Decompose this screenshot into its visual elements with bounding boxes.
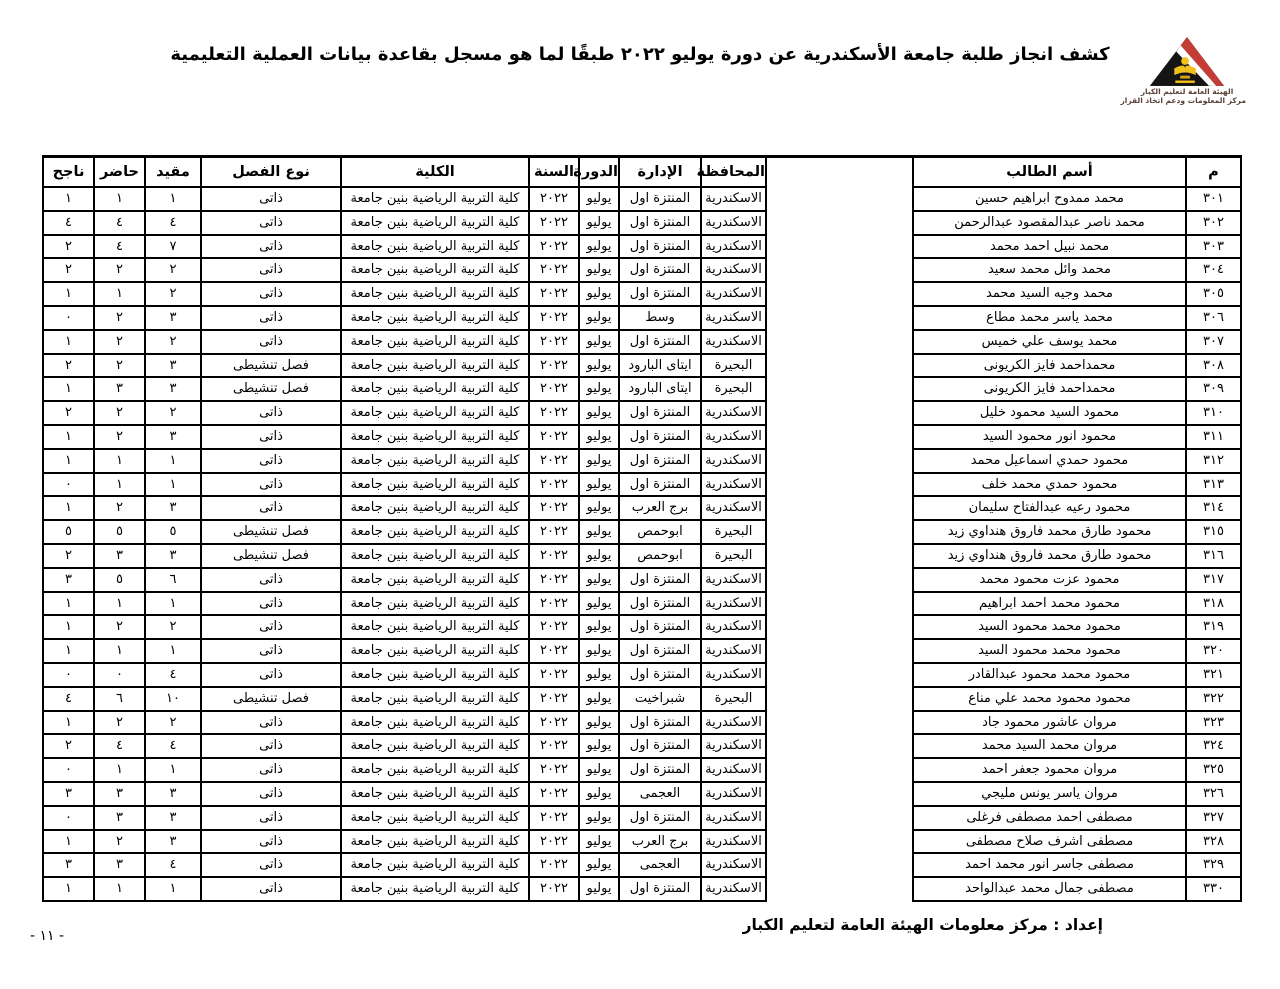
cell-college: كلية التربية الرياضية بنين جامعة	[341, 306, 529, 330]
cell-session: يوليو	[579, 258, 619, 282]
cell-college: كلية التربية الرياضية بنين جامعة	[341, 568, 529, 592]
cell-student-name: مصطفى جاسر انور محمد احمد	[913, 853, 1186, 877]
logo-caption-line1: الهيئة العامة لتعليم الكبار	[1128, 87, 1246, 96]
cell-year: ٢٠٢٢	[529, 520, 579, 544]
cell-administration: برج العرب	[619, 830, 701, 854]
cell-enrolled: ١	[145, 758, 201, 782]
header-spacer	[766, 157, 913, 188]
cell-college: كلية التربية الرياضية بنين جامعة	[341, 639, 529, 663]
cell-administration: المنتزة اول	[619, 734, 701, 758]
cell-enrolled: ٦	[145, 568, 201, 592]
cell-present: ١	[94, 639, 145, 663]
cell-student-name: محمد يوسف علي خميس	[913, 330, 1186, 354]
cell-session: يوليو	[579, 877, 619, 901]
cell-present: ٣	[94, 806, 145, 830]
cell-class-type: ذاتى	[201, 401, 341, 425]
table-row: ٣٢٨مصطفى اشرف صلاح مصطفىالاسكندريةبرج ال…	[43, 830, 1241, 854]
cell-serial: ٣٠٨	[1186, 354, 1241, 378]
cell-passed: ٠	[43, 306, 94, 330]
cell-present: ١	[94, 187, 145, 211]
cell-year: ٢٠٢٢	[529, 687, 579, 711]
cell-administration: المنتزة اول	[619, 877, 701, 901]
cell-year: ٢٠٢٢	[529, 782, 579, 806]
cell-passed: ٠	[43, 473, 94, 497]
spacer-cell	[766, 520, 913, 544]
cell-administration: المنتزة اول	[619, 473, 701, 497]
cell-present: ٣	[94, 544, 145, 568]
cell-class-type: ذاتى	[201, 734, 341, 758]
cell-student-name: محمود طارق محمد فاروق هنداوي زيد	[913, 544, 1186, 568]
cell-present: ٥	[94, 520, 145, 544]
cell-serial: ٣٠٥	[1186, 282, 1241, 306]
spacer-cell	[766, 592, 913, 616]
cell-student-name: محمد وائل محمد سعيد	[913, 258, 1186, 282]
cell-passed: ١	[43, 496, 94, 520]
cell-enrolled: ٤	[145, 734, 201, 758]
cell-session: يوليو	[579, 711, 619, 735]
students-achievement-table: م أسم الطالب المحافظة الإدارة الدورة الس…	[42, 155, 1242, 902]
table-row: ٣١٩محمود محمد محمود السيدالاسكندريةالمنت…	[43, 615, 1241, 639]
cell-college: كلية التربية الرياضية بنين جامعة	[341, 282, 529, 306]
cell-year: ٢٠٢٢	[529, 592, 579, 616]
cell-serial: ٣٢٦	[1186, 782, 1241, 806]
cell-governorate: الاسكندرية	[701, 187, 766, 211]
table-row: ٣٢٠محمود محمد محمود السيدالاسكندريةالمنت…	[43, 639, 1241, 663]
spacer-cell	[766, 449, 913, 473]
cell-present: ٥	[94, 568, 145, 592]
cell-class-type: ذاتى	[201, 425, 341, 449]
cell-administration: المنتزة اول	[619, 401, 701, 425]
cell-passed: ٢	[43, 235, 94, 259]
cell-class-type: ذاتى	[201, 615, 341, 639]
cell-session: يوليو	[579, 806, 619, 830]
cell-administration: المنتزة اول	[619, 330, 701, 354]
spacer-cell	[766, 782, 913, 806]
table-row: ٣٢٢محمود محمود محمد علي مناعالبحيرةشبراخ…	[43, 687, 1241, 711]
spacer-cell	[766, 282, 913, 306]
cell-governorate: الاسكندرية	[701, 711, 766, 735]
spacer-cell	[766, 806, 913, 830]
cell-serial: ٣١٨	[1186, 592, 1241, 616]
cell-college: كلية التربية الرياضية بنين جامعة	[341, 687, 529, 711]
cell-governorate: البحيرة	[701, 377, 766, 401]
cell-class-type: ذاتى	[201, 782, 341, 806]
cell-college: كلية التربية الرياضية بنين جامعة	[341, 734, 529, 758]
cell-session: يوليو	[579, 425, 619, 449]
footer-prepared-by: إعداد : مركز معلومات الهيئة العامة لتعلي…	[743, 916, 1103, 934]
cell-present: ٦	[94, 687, 145, 711]
table-row: ٣١٦محمود طارق محمد فاروق هنداوي زيدالبحي…	[43, 544, 1241, 568]
cell-governorate: الاسكندرية	[701, 449, 766, 473]
table-row: ٣٣٠مصطفى جمال محمد عبدالواحدالاسكندريةال…	[43, 877, 1241, 901]
cell-governorate: الاسكندرية	[701, 639, 766, 663]
cell-student-name: مروان ياسر يونس مليجي	[913, 782, 1186, 806]
cell-session: يوليو	[579, 377, 619, 401]
cell-administration: المنتزة اول	[619, 758, 701, 782]
cell-enrolled: ٢	[145, 615, 201, 639]
cell-serial: ٣١٩	[1186, 615, 1241, 639]
cell-enrolled: ١	[145, 877, 201, 901]
spacer-cell	[766, 853, 913, 877]
spacer-cell	[766, 639, 913, 663]
cell-governorate: الاسكندرية	[701, 568, 766, 592]
cell-college: كلية التربية الرياضية بنين جامعة	[341, 449, 529, 473]
cell-governorate: الاسكندرية	[701, 496, 766, 520]
cell-enrolled: ٣	[145, 782, 201, 806]
header-present: حاضر	[94, 157, 145, 188]
cell-governorate: البحيرة	[701, 354, 766, 378]
cell-college: كلية التربية الرياضية بنين جامعة	[341, 663, 529, 687]
spacer-cell	[766, 758, 913, 782]
cell-present: ٢	[94, 401, 145, 425]
authority-logo-icon	[1148, 36, 1226, 87]
table-row: ٣٠٩محمداحمد فايز الكريونىالبحيرةايتاى ال…	[43, 377, 1241, 401]
table-row: ٣٠٧محمد يوسف علي خميسالاسكندريةالمنتزة ا…	[43, 330, 1241, 354]
cell-year: ٢٠٢٢	[529, 330, 579, 354]
cell-class-type: ذاتى	[201, 282, 341, 306]
cell-college: كلية التربية الرياضية بنين جامعة	[341, 330, 529, 354]
cell-serial: ٣٠٦	[1186, 306, 1241, 330]
document-page: { "page": { "title": "كشف انجاز طلبة جام…	[0, 0, 1280, 989]
cell-student-name: محمد ممدوح ابراهيم حسين	[913, 187, 1186, 211]
cell-serial: ٣١٠	[1186, 401, 1241, 425]
cell-administration: العجمى	[619, 853, 701, 877]
spacer-cell	[766, 615, 913, 639]
table-row: ٣٢٩مصطفى جاسر انور محمد احمدالاسكندريةال…	[43, 853, 1241, 877]
spacer-cell	[766, 306, 913, 330]
cell-governorate: الاسكندرية	[701, 853, 766, 877]
cell-college: كلية التربية الرياضية بنين جامعة	[341, 235, 529, 259]
cell-college: كلية التربية الرياضية بنين جامعة	[341, 877, 529, 901]
cell-governorate: الاسكندرية	[701, 734, 766, 758]
cell-serial: ٣٠٩	[1186, 377, 1241, 401]
cell-passed: ٤	[43, 211, 94, 235]
cell-present: ١	[94, 877, 145, 901]
cell-serial: ٣٠٣	[1186, 235, 1241, 259]
cell-session: يوليو	[579, 758, 619, 782]
cell-class-type: فصل تنشيطى	[201, 544, 341, 568]
cell-college: كلية التربية الرياضية بنين جامعة	[341, 354, 529, 378]
cell-class-type: ذاتى	[201, 449, 341, 473]
cell-governorate: الاسكندرية	[701, 425, 766, 449]
spacer-cell	[766, 734, 913, 758]
cell-class-type: ذاتى	[201, 258, 341, 282]
cell-enrolled: ٤	[145, 211, 201, 235]
cell-enrolled: ٤	[145, 853, 201, 877]
cell-class-type: ذاتى	[201, 592, 341, 616]
cell-serial: ٣٢٨	[1186, 830, 1241, 854]
cell-year: ٢٠٢٢	[529, 877, 579, 901]
cell-class-type: ذاتى	[201, 853, 341, 877]
cell-serial: ٣١١	[1186, 425, 1241, 449]
cell-class-type: فصل تنشيطى	[201, 687, 341, 711]
cell-year: ٢٠٢٢	[529, 401, 579, 425]
cell-student-name: محمود محمد محمود عبدالقادر	[913, 663, 1186, 687]
cell-passed: ١	[43, 425, 94, 449]
cell-present: ٢	[94, 306, 145, 330]
cell-serial: ٣٠٢	[1186, 211, 1241, 235]
cell-administration: المنتزة اول	[619, 187, 701, 211]
cell-class-type: فصل تنشيطى	[201, 354, 341, 378]
table-row: ٣١٣محمود حمدي محمد خلفالاسكندريةالمنتزة …	[43, 473, 1241, 497]
cell-college: كلية التربية الرياضية بنين جامعة	[341, 544, 529, 568]
cell-serial: ٣٣٠	[1186, 877, 1241, 901]
cell-administration: المنتزة اول	[619, 568, 701, 592]
table-row: ٣٢٥مروان محمود جعفر احمدالاسكندريةالمنتز…	[43, 758, 1241, 782]
cell-college: كلية التربية الرياضية بنين جامعة	[341, 592, 529, 616]
cell-administration: المنتزة اول	[619, 282, 701, 306]
cell-administration: المنتزة اول	[619, 258, 701, 282]
table-body: ٣٠١محمد ممدوح ابراهيم حسينالاسكندريةالمن…	[43, 187, 1241, 901]
cell-session: يوليو	[579, 235, 619, 259]
cell-administration: ايتاى البارود	[619, 354, 701, 378]
cell-serial: ٣٠٧	[1186, 330, 1241, 354]
cell-year: ٢٠٢٢	[529, 496, 579, 520]
cell-passed: ٣	[43, 782, 94, 806]
table-row: ٣٢٣مروان عاشور محمود جادالاسكندريةالمنتز…	[43, 711, 1241, 735]
spacer-cell	[766, 473, 913, 497]
cell-passed: ٢	[43, 544, 94, 568]
cell-year: ٢٠٢٢	[529, 258, 579, 282]
logo-caption-line2: مركز المعلومات ودعم اتخاذ القرار	[1128, 96, 1246, 105]
cell-session: يوليو	[579, 354, 619, 378]
cell-administration: المنتزة اول	[619, 806, 701, 830]
cell-year: ٢٠٢٢	[529, 377, 579, 401]
cell-serial: ٣١٣	[1186, 473, 1241, 497]
cell-governorate: الاسكندرية	[701, 211, 766, 235]
cell-enrolled: ١	[145, 187, 201, 211]
cell-governorate: الاسكندرية	[701, 473, 766, 497]
cell-present: ١	[94, 473, 145, 497]
cell-present: ٤	[94, 734, 145, 758]
cell-student-name: مصطفى اشرف صلاح مصطفى	[913, 830, 1186, 854]
cell-present: ٢	[94, 354, 145, 378]
cell-passed: ١	[43, 639, 94, 663]
header-session: الدورة	[579, 157, 619, 188]
cell-passed: ١	[43, 615, 94, 639]
cell-present: ٤	[94, 211, 145, 235]
table-row: ٣٢٦مروان ياسر يونس مليجيالاسكندريةالعجمى…	[43, 782, 1241, 806]
cell-passed: ١	[43, 592, 94, 616]
cell-administration: المنتزة اول	[619, 615, 701, 639]
cell-governorate: الاسكندرية	[701, 592, 766, 616]
table-row: ٣١٧محمود عزت محمود محمدالاسكندريةالمنتزة…	[43, 568, 1241, 592]
cell-passed: ٥	[43, 520, 94, 544]
cell-year: ٢٠٢٢	[529, 806, 579, 830]
cell-student-name: محمد ياسر محمد مطاع	[913, 306, 1186, 330]
cell-college: كلية التربية الرياضية بنين جامعة	[341, 377, 529, 401]
cell-class-type: ذاتى	[201, 568, 341, 592]
cell-present: ٣	[94, 853, 145, 877]
cell-enrolled: ٣	[145, 306, 201, 330]
cell-enrolled: ٥	[145, 520, 201, 544]
cell-enrolled: ٣	[145, 830, 201, 854]
spacer-cell	[766, 187, 913, 211]
table-row: ٣١٥محمود طارق محمد فاروق هنداوي زيدالبحي…	[43, 520, 1241, 544]
cell-year: ٢٠٢٢	[529, 568, 579, 592]
cell-serial: ٣٠٤	[1186, 258, 1241, 282]
cell-present: ٣	[94, 377, 145, 401]
cell-present: ٢	[94, 258, 145, 282]
cell-student-name: محمود محمود محمد علي مناع	[913, 687, 1186, 711]
cell-year: ٢٠٢٢	[529, 830, 579, 854]
spacer-cell	[766, 330, 913, 354]
header-passed: ناجح	[43, 157, 94, 188]
cell-year: ٢٠٢٢	[529, 449, 579, 473]
cell-session: يوليو	[579, 782, 619, 806]
table-row: ٣١٤محمود رعيه عبدالفتاح سليمانالاسكندرية…	[43, 496, 1241, 520]
cell-passed: ٤	[43, 687, 94, 711]
cell-year: ٢٠٢٢	[529, 306, 579, 330]
cell-passed: ٠	[43, 806, 94, 830]
cell-passed: ٣	[43, 568, 94, 592]
table-row: ٣٠٢محمد ناصر عبدالمقصود عبدالرحمنالاسكند…	[43, 211, 1241, 235]
cell-session: يوليو	[579, 615, 619, 639]
cell-serial: ٣٢٣	[1186, 711, 1241, 735]
cell-present: ٤	[94, 235, 145, 259]
cell-enrolled: ٣	[145, 496, 201, 520]
cell-serial: ٣١٦	[1186, 544, 1241, 568]
cell-enrolled: ٤	[145, 663, 201, 687]
cell-enrolled: ٢	[145, 258, 201, 282]
table-header-row: م أسم الطالب المحافظة الإدارة الدورة الس…	[43, 157, 1241, 188]
cell-class-type: فصل تنشيطى	[201, 377, 341, 401]
spacer-cell	[766, 663, 913, 687]
cell-administration: ابوحمص	[619, 544, 701, 568]
cell-governorate: الاسكندرية	[701, 235, 766, 259]
cell-college: كلية التربية الرياضية بنين جامعة	[341, 401, 529, 425]
cell-passed: ١	[43, 830, 94, 854]
cell-present: ١	[94, 282, 145, 306]
cell-governorate: الاسكندرية	[701, 330, 766, 354]
cell-student-name: محمود انور محمود السيد	[913, 425, 1186, 449]
cell-administration: المنتزة اول	[619, 639, 701, 663]
cell-year: ٢٠٢٢	[529, 711, 579, 735]
header-year: السنة	[529, 157, 579, 188]
cell-session: يوليو	[579, 401, 619, 425]
cell-administration: شبراخيت	[619, 687, 701, 711]
cell-session: يوليو	[579, 496, 619, 520]
cell-session: يوليو	[579, 211, 619, 235]
cell-student-name: محمداحمد فايز الكريونى	[913, 377, 1186, 401]
cell-serial: ٣١٤	[1186, 496, 1241, 520]
cell-student-name: محمود السيد محمود خليل	[913, 401, 1186, 425]
cell-class-type: ذاتى	[201, 211, 341, 235]
cell-present: ٢	[94, 711, 145, 735]
table-row: ٣٠٥محمد وجيه السيد محمدالاسكندريةالمنتزة…	[43, 282, 1241, 306]
cell-passed: ١	[43, 187, 94, 211]
cell-governorate: الاسكندرية	[701, 401, 766, 425]
cell-serial: ٣٢١	[1186, 663, 1241, 687]
table-row: ٣٠٤محمد وائل محمد سعيدالاسكندريةالمنتزة …	[43, 258, 1241, 282]
cell-session: يوليو	[579, 187, 619, 211]
spacer-cell	[766, 830, 913, 854]
cell-present: ١	[94, 758, 145, 782]
cell-governorate: الاسكندرية	[701, 282, 766, 306]
spacer-cell	[766, 425, 913, 449]
cell-enrolled: ٣	[145, 544, 201, 568]
spacer-cell	[766, 401, 913, 425]
cell-student-name: محمود حمدي محمد خلف	[913, 473, 1186, 497]
cell-year: ٢٠٢٢	[529, 639, 579, 663]
cell-enrolled: ١	[145, 473, 201, 497]
cell-serial: ٣٢٢	[1186, 687, 1241, 711]
cell-administration: المنتزة اول	[619, 425, 701, 449]
cell-governorate: الاسكندرية	[701, 830, 766, 854]
table-row: ٣٠١محمد ممدوح ابراهيم حسينالاسكندريةالمن…	[43, 187, 1241, 211]
cell-serial: ٣٢٧	[1186, 806, 1241, 830]
cell-student-name: محمود حمدي اسماعيل محمد	[913, 449, 1186, 473]
page-number: - ١١ -	[30, 928, 64, 944]
cell-administration: العجمى	[619, 782, 701, 806]
table-row: ٣١٢محمود حمدي اسماعيل محمدالاسكندريةالمن…	[43, 449, 1241, 473]
cell-session: يوليو	[579, 330, 619, 354]
cell-year: ٢٠٢٢	[529, 544, 579, 568]
cell-year: ٢٠٢٢	[529, 282, 579, 306]
cell-year: ٢٠٢٢	[529, 473, 579, 497]
spacer-cell	[766, 377, 913, 401]
cell-session: يوليو	[579, 449, 619, 473]
cell-college: كلية التربية الرياضية بنين جامعة	[341, 711, 529, 735]
cell-present: ٢	[94, 615, 145, 639]
spacer-cell	[766, 877, 913, 901]
cell-serial: ٣١٢	[1186, 449, 1241, 473]
cell-session: يوليو	[579, 687, 619, 711]
cell-student-name: محمود طارق محمد فاروق هنداوي زيد	[913, 520, 1186, 544]
cell-class-type: فصل تنشيطى	[201, 520, 341, 544]
spacer-cell	[766, 235, 913, 259]
cell-serial: ٣٢٤	[1186, 734, 1241, 758]
table-row: ٣٠٨محمداحمد فايز الكريونىالبحيرةايتاى ال…	[43, 354, 1241, 378]
cell-enrolled: ١	[145, 639, 201, 663]
cell-student-name: محمد نبيل احمد محمد	[913, 235, 1186, 259]
spacer-cell	[766, 568, 913, 592]
cell-governorate: الاسكندرية	[701, 782, 766, 806]
cell-class-type: ذاتى	[201, 830, 341, 854]
cell-governorate: الاسكندرية	[701, 806, 766, 830]
cell-session: يوليو	[579, 853, 619, 877]
cell-enrolled: ١٠	[145, 687, 201, 711]
cell-college: كلية التربية الرياضية بنين جامعة	[341, 187, 529, 211]
header-student-name: أسم الطالب	[913, 157, 1186, 188]
cell-college: كلية التربية الرياضية بنين جامعة	[341, 782, 529, 806]
cell-student-name: مروان محمد السيد محمد	[913, 734, 1186, 758]
cell-present: ٢	[94, 425, 145, 449]
cell-college: كلية التربية الرياضية بنين جامعة	[341, 258, 529, 282]
cell-student-name: محمود محمد محمود السيد	[913, 639, 1186, 663]
cell-serial: ٣٢٩	[1186, 853, 1241, 877]
cell-serial: ٣١٧	[1186, 568, 1241, 592]
authority-logo: الهيئة العامة لتعليم الكبار مركز المعلوم…	[1128, 36, 1246, 106]
page-title: كشف انجاز طلبة جامعة الأسكندرية عن دورة …	[155, 44, 1125, 65]
cell-enrolled: ١	[145, 449, 201, 473]
cell-college: كلية التربية الرياضية بنين جامعة	[341, 425, 529, 449]
cell-class-type: ذاتى	[201, 711, 341, 735]
header-college: الكلية	[341, 157, 529, 188]
cell-passed: ٢	[43, 734, 94, 758]
cell-college: كلية التربية الرياضية بنين جامعة	[341, 830, 529, 854]
cell-governorate: الاسكندرية	[701, 258, 766, 282]
cell-passed: ٢	[43, 354, 94, 378]
spacer-cell	[766, 711, 913, 735]
cell-passed: ١	[43, 711, 94, 735]
cell-session: يوليو	[579, 306, 619, 330]
cell-passed: ١	[43, 877, 94, 901]
cell-session: يوليو	[579, 663, 619, 687]
cell-administration: ابوحمص	[619, 520, 701, 544]
cell-enrolled: ١	[145, 592, 201, 616]
cell-governorate: البحيرة	[701, 687, 766, 711]
